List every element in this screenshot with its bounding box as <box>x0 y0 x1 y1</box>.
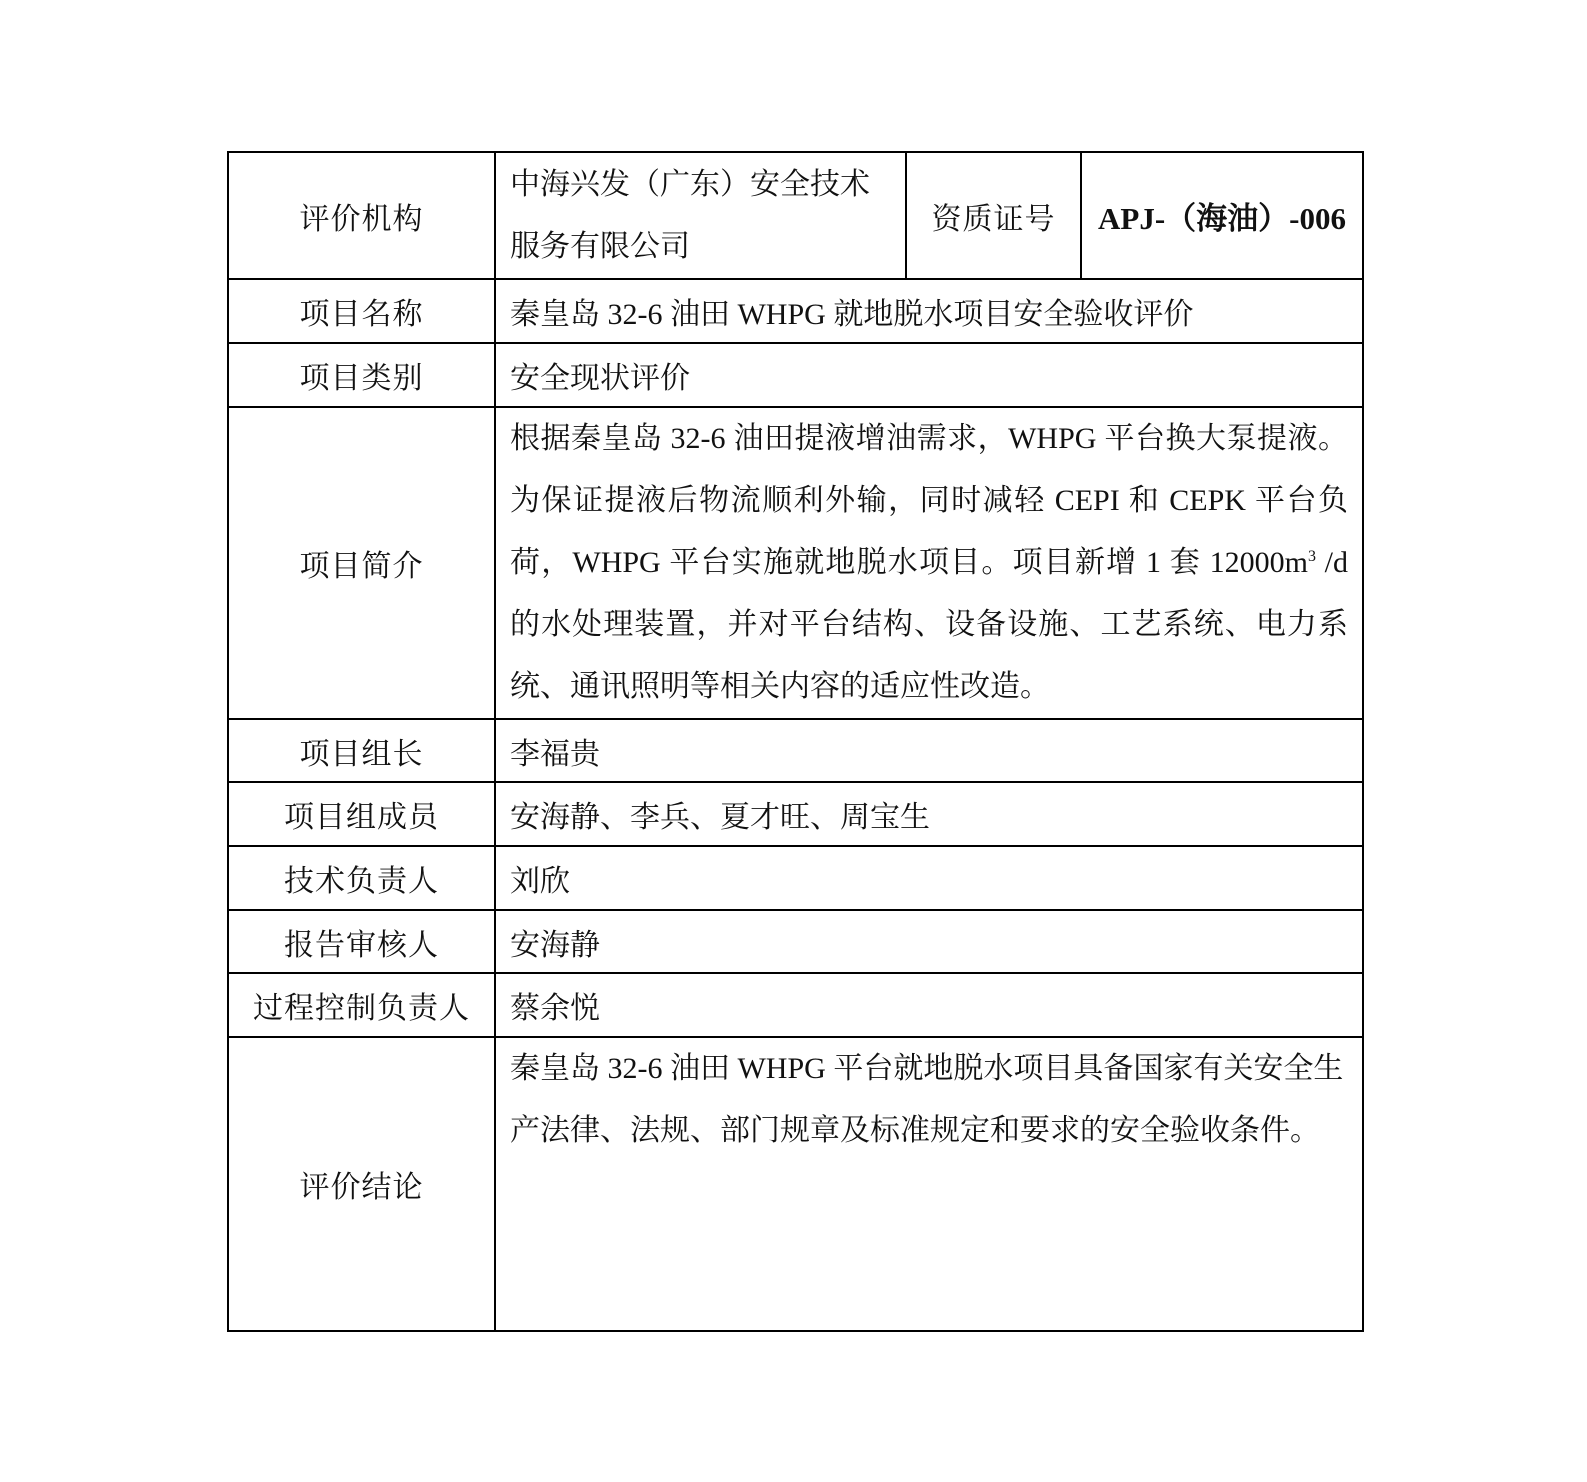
table-row-project-summary: 项目简介 根据秦皇岛 32-6 油田提液增油需求，WHPG 平台换大泵提液。为保… <box>228 407 1363 719</box>
document-page: 评价机构 中海兴发（广东）安全技术服务有限公司 资质证号 APJ-（海油）-00… <box>0 0 1587 1482</box>
value-process-control-lead: 蔡余悦 <box>495 973 1363 1037</box>
table-row-technical-lead: 技术负责人 刘欣 <box>228 846 1363 910</box>
label-technical-lead: 技术负责人 <box>228 846 495 910</box>
table-row-evaluation-conclusion: 评价结论 秦皇岛 32-6 油田 WHPG 平台就地脱水项目具备国家有关安全生产… <box>228 1037 1363 1331</box>
table-row-project-leader: 项目组长 李福贵 <box>228 719 1363 782</box>
value-qualification-number: APJ-（海油）-006 <box>1081 152 1363 279</box>
label-evaluation-conclusion: 评价结论 <box>228 1037 495 1331</box>
label-project-members: 项目组成员 <box>228 782 495 846</box>
table-row-project-category: 项目类别 安全现状评价 <box>228 343 1363 407</box>
table-row-evaluation-agency: 评价机构 中海兴发（广东）安全技术服务有限公司 资质证号 APJ-（海油）-00… <box>228 152 1363 279</box>
value-evaluation-agency: 中海兴发（广东）安全技术服务有限公司 <box>510 154 891 278</box>
label-project-leader: 项目组长 <box>228 719 495 782</box>
label-report-reviewer: 报告审核人 <box>228 910 495 973</box>
project-info-table: 评价机构 中海兴发（广东）安全技术服务有限公司 资质证号 APJ-（海油）-00… <box>227 151 1364 1332</box>
value-project-leader: 李福贵 <box>495 719 1363 782</box>
value-evaluation-conclusion: 秦皇岛 32-6 油田 WHPG 平台就地脱水项目具备国家有关安全生产法律、法规… <box>510 1038 1348 1162</box>
table-row-process-control-lead: 过程控制负责人 蔡余悦 <box>228 973 1363 1037</box>
label-project-summary: 项目简介 <box>228 407 495 719</box>
label-qualification-number: 资质证号 <box>906 152 1081 279</box>
table-row-project-name: 项目名称 秦皇岛 32-6 油田 WHPG 就地脱水项目安全验收评价 <box>228 279 1363 343</box>
value-project-summary: 根据秦皇岛 32-6 油田提液增油需求，WHPG 平台换大泵提液。为保证提液后物… <box>510 408 1348 718</box>
table-row-project-members: 项目组成员 安海静、李兵、夏才旺、周宝生 <box>228 782 1363 846</box>
value-report-reviewer: 安海静 <box>495 910 1363 973</box>
label-process-control-lead: 过程控制负责人 <box>228 973 495 1037</box>
label-project-name: 项目名称 <box>228 279 495 343</box>
value-project-name: 秦皇岛 32-6 油田 WHPG 就地脱水项目安全验收评价 <box>495 279 1363 343</box>
value-project-category: 安全现状评价 <box>495 343 1363 407</box>
label-project-category: 项目类别 <box>228 343 495 407</box>
label-evaluation-agency: 评价机构 <box>228 152 495 279</box>
value-project-members: 安海静、李兵、夏才旺、周宝生 <box>495 782 1363 846</box>
table-row-report-reviewer: 报告审核人 安海静 <box>228 910 1363 973</box>
value-technical-lead: 刘欣 <box>495 846 1363 910</box>
